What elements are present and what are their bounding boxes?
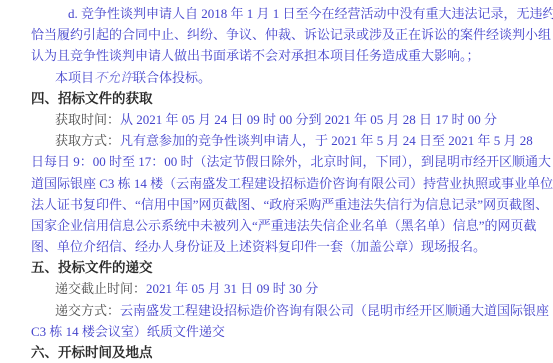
- tender-notice-document: d. 竞争性谈判申请人自 2018 年 1 月 1 日至今在经营活动中没有重大违…: [0, 0, 553, 363]
- submission-deadline-value: 2021 年 05 月 31 日 09 时 30 分: [146, 281, 318, 296]
- section6-heading: 六、开标时间及地点: [0, 342, 553, 363]
- clause-d-line-2: 恰当履约引起的合同中止、纠纷、争议、仲裁、诉讼记录或涉及正在诉讼的案件经谈判小组: [0, 24, 553, 45]
- acquire-time-line: 获取时间：从 2021 年 05 月 24 日 09 时 00 分到 2021 …: [0, 109, 553, 130]
- consortium-emphasis: 不允许: [94, 70, 133, 85]
- acquire-method-line-5: 国家企业信用信息公示系统中未被列入“严重违法失信企业名单（黑名单）信息”的网页截: [0, 215, 553, 236]
- acquire-method-label: 获取方式：: [55, 133, 120, 148]
- submission-method-label: 递交方式：: [55, 303, 120, 318]
- consortium-statement: 本项目不允许联合体投标。: [0, 67, 553, 88]
- clause-d-line-1: d. 竞争性谈判申请人自 2018 年 1 月 1 日至今在经营活动中没有重大违…: [0, 3, 553, 24]
- acquire-method-line-1: 获取方式：凡有意参加的竞争性谈判申请人，于 2021 年 5 月 24 日至 2…: [0, 130, 553, 151]
- section4-heading: 四、招标文件的获取: [0, 88, 553, 109]
- submission-deadline-line: 递交截止时间：2021 年 05 月 31 日 09 时 30 分: [0, 278, 553, 299]
- acquire-method-line-2: 日每日 9：00 时至 17：00 时（法定节假日除外，北京时间，下同），到昆明…: [0, 151, 553, 172]
- acquire-method-line-3: 道国际银座 C3 栋 14 楼（云南盛发工程建设招标造价咨询有限公司）持营业执照…: [0, 173, 553, 194]
- section5-heading: 五、投标文件的递交: [0, 257, 553, 278]
- clause-d-line-3: 认为且竞争性谈判申请人做出书面承诺不会对承担本项目任务造成重大影响。；: [0, 45, 553, 66]
- submission-deadline-label: 递交截止时间：: [55, 281, 146, 296]
- consortium-prefix: 本项目: [55, 70, 94, 85]
- acquire-method-value-1: 凡有意参加的竞争性谈判申请人，于 2021 年 5 月 24 日至 2021 年…: [120, 133, 533, 148]
- acquire-time-label: 获取时间：: [55, 112, 120, 127]
- submission-method-line-2: C3 栋 14 楼会议室）纸质文件递交: [0, 321, 553, 342]
- submission-method-value-1: 云南盛发工程建设招标造价咨询有限公司（昆明市经开区顺通大道国际银座: [120, 303, 549, 318]
- consortium-suffix: 联合体投标。: [133, 70, 211, 85]
- submission-method-line-1: 递交方式：云南盛发工程建设招标造价咨询有限公司（昆明市经开区顺通大道国际银座: [0, 300, 553, 321]
- acquire-method-line-4: 法人证书复印件、“信用中国”网页截图、“政府采购严重违法失信行为信息记录”网页截…: [0, 194, 553, 215]
- acquire-method-line-6: 图、单位介绍信、经办人身份证及上述资料复印件一套（加盖公章）现场报名。: [0, 236, 553, 257]
- acquire-time-value: 从 2021 年 05 月 24 日 09 时 00 分到 2021 年 05 …: [120, 112, 497, 127]
